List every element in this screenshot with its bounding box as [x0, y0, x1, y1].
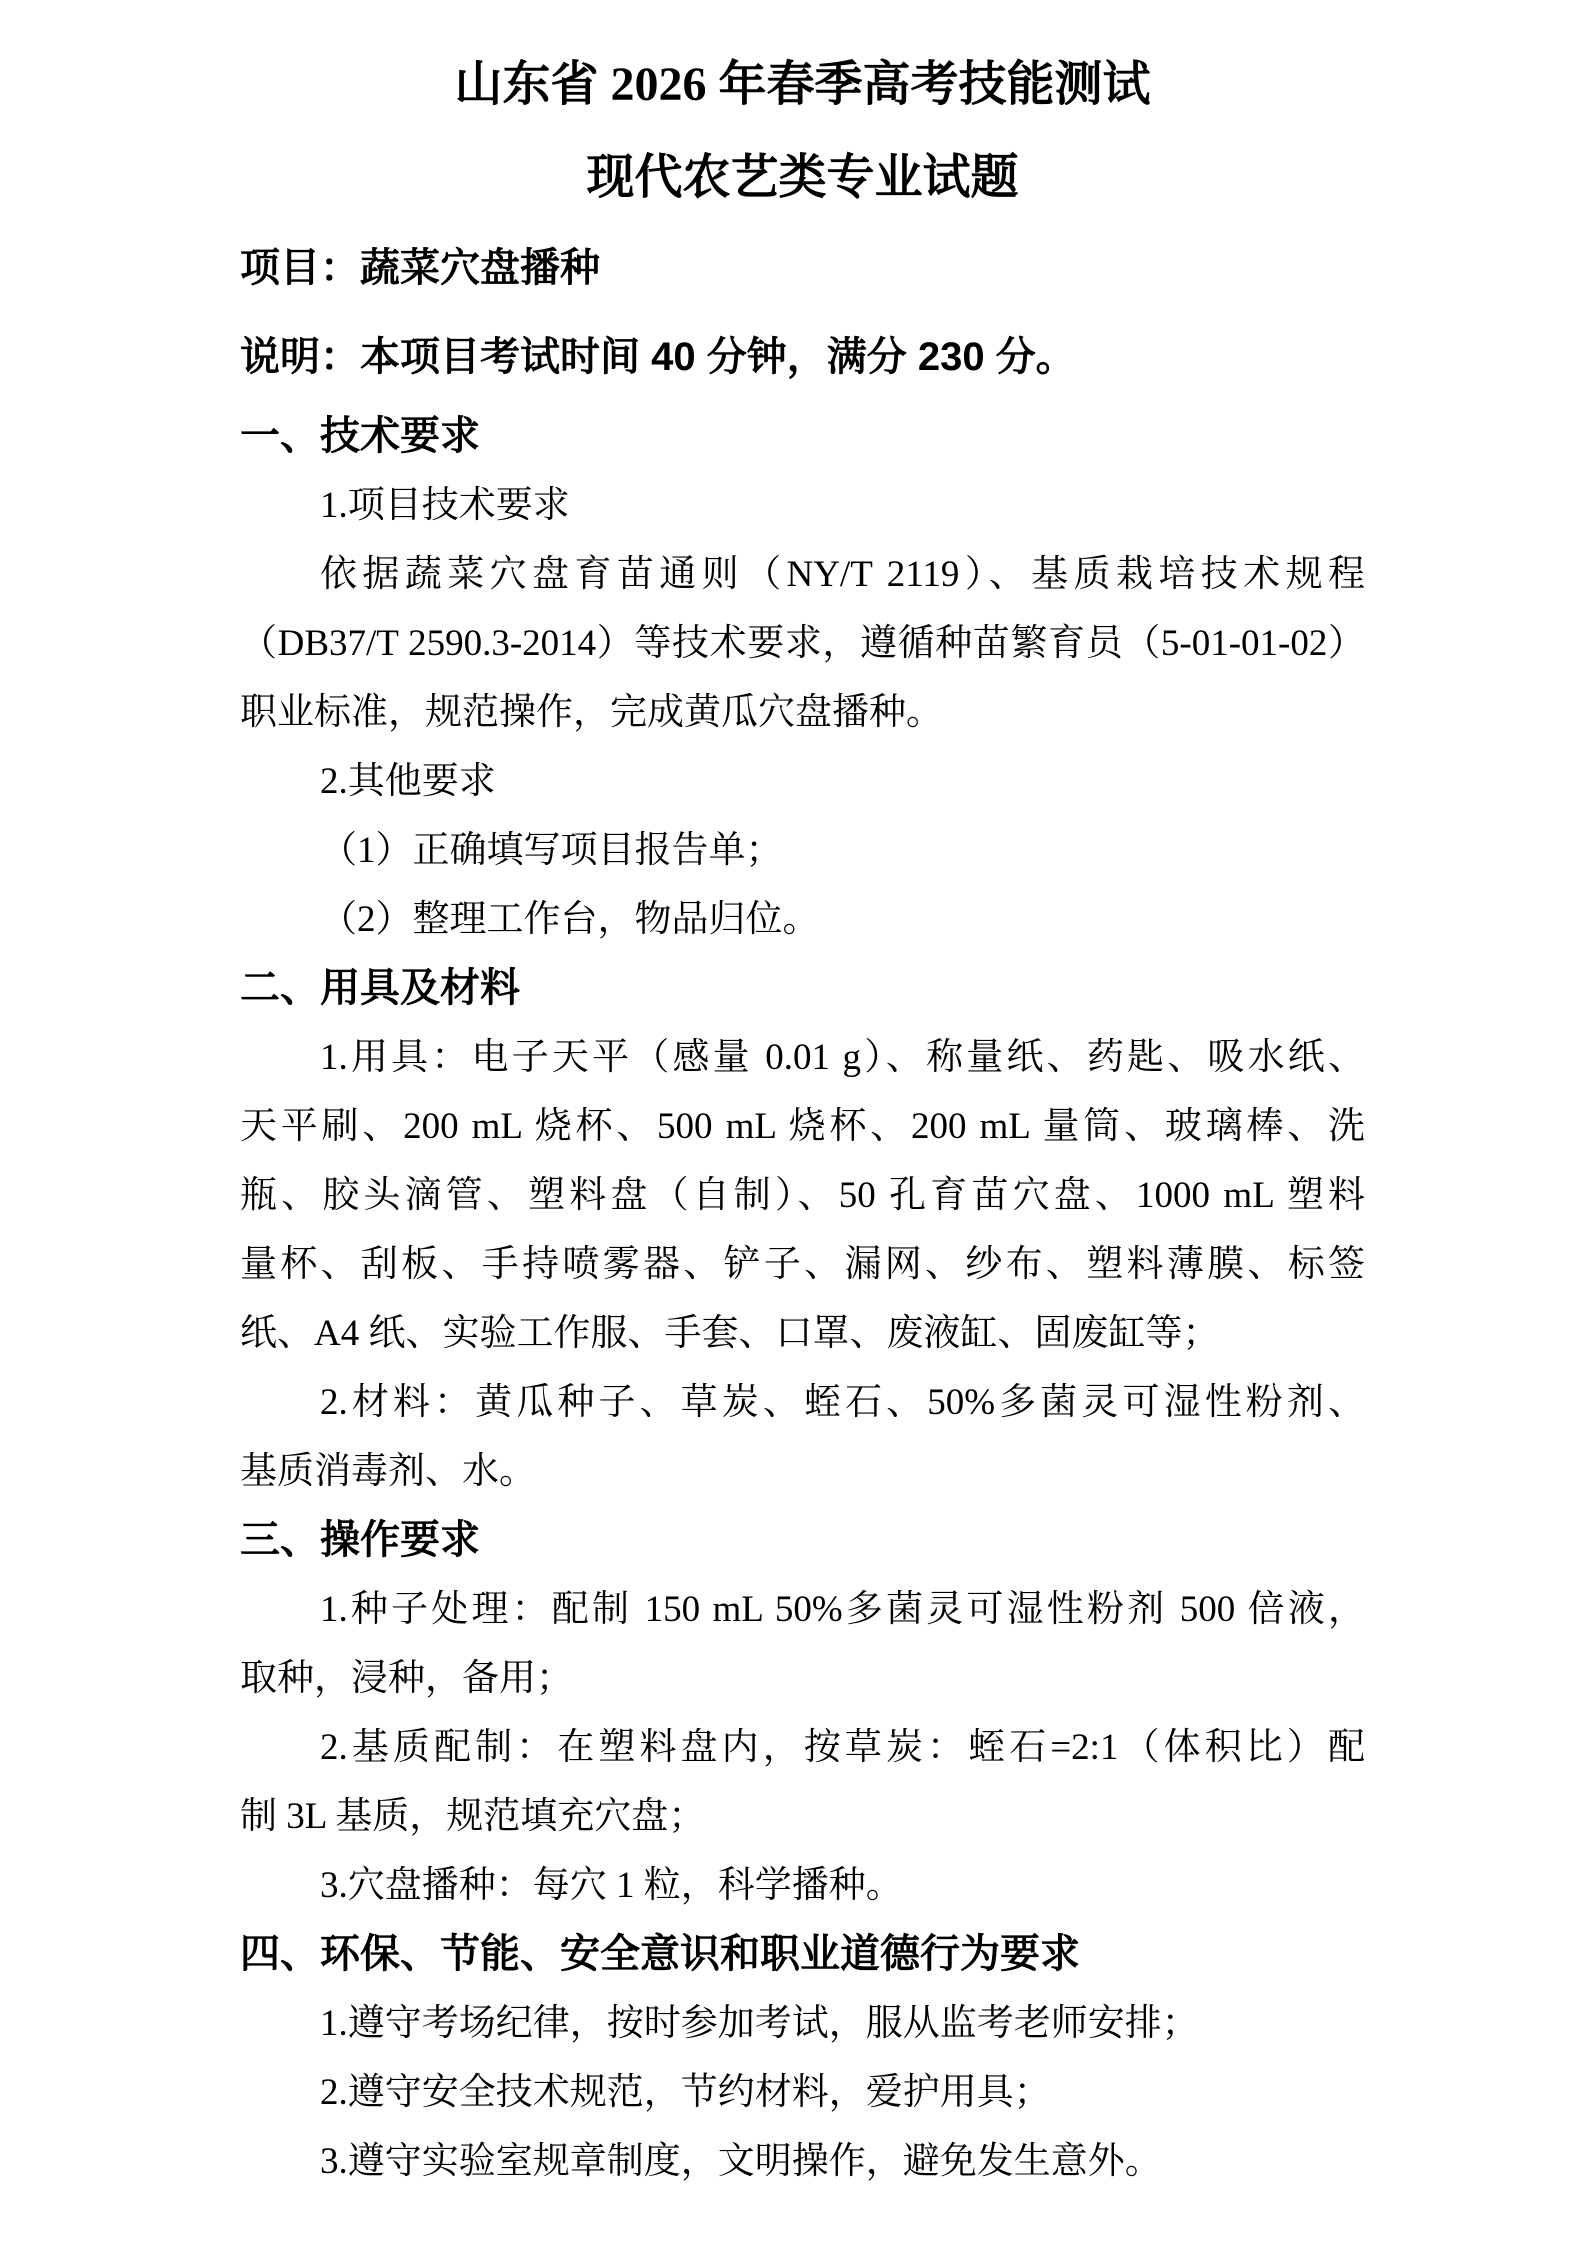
body-line: 3.遵守实验室规章制度，文明操作，避免发生意外。: [240, 2127, 1365, 2196]
body-line: 2.其他要求: [240, 747, 1365, 816]
body-line: 基质消毒剂、水。: [240, 1437, 1365, 1506]
body-line: 职业标准，规范操作，完成黄瓜穴盘播种。: [240, 678, 1365, 747]
body-line: （DB37/T 2590.3-2014）等技术要求，遵循种苗繁育员（5-01-0…: [240, 609, 1365, 678]
section-heading-line: 三、操作要求: [240, 1506, 1365, 1575]
section-heading-line: 四、环保、节能、安全意识和职业道德行为要求: [240, 1920, 1365, 1989]
body-line: 依据蔬菜穴盘育苗通则（NY/T 2119）、基质栽培技术规程: [240, 540, 1365, 609]
body-line: 3.穴盘播种：每穴 1 粒，科学播种。: [240, 1851, 1365, 1920]
body-line: 量杯、刮板、手持喷雾器、铲子、漏网、纱布、塑料薄膜、标签: [240, 1230, 1365, 1299]
field-label-line: 项目：蔬菜穴盘播种: [240, 224, 1365, 313]
body-line: 2.遵守安全技术规范，节约材料，爱护用具；: [240, 2058, 1365, 2127]
body-line: （1）正确填写项目报告单；: [240, 816, 1365, 885]
section-heading-line: 一、技术要求: [240, 402, 1365, 471]
body-line: 2.材料：黄瓜种子、草炭、蛭石、50%多菌灵可湿性粉剂、: [240, 1368, 1365, 1437]
title-line: 现代农艺类专业试题: [240, 131, 1365, 224]
body-line: 纸、A4 纸、实验工作服、手套、口罩、废液缸、固废缸等；: [240, 1299, 1365, 1368]
body-line: 制 3L 基质，规范填充穴盘；: [240, 1782, 1365, 1851]
body-line: 1.用具：电子天平（感量 0.01 g）、称量纸、药匙、吸水纸、: [240, 1023, 1365, 1092]
body-line: 1.遵守考场纪律，按时参加考试，服从监考老师安排；: [240, 1989, 1365, 2058]
body-line: 天平刷、200 mL 烧杯、500 mL 烧杯、200 mL 量筒、玻璃棒、洗: [240, 1092, 1365, 1161]
body-line: 瓶、胶头滴管、塑料盘（自制）、50 孔育苗穴盘、1000 mL 塑料: [240, 1161, 1365, 1230]
body-line: 取种，浸种，备用；: [240, 1644, 1365, 1713]
body-line: 1.项目技术要求: [240, 471, 1365, 540]
document-page: 山东省 2026 年春季高考技能测试现代农艺类专业试题项目：蔬菜穴盘播种说明：本…: [0, 0, 1587, 2245]
body-line: 2.基质配制：在塑料盘内，按草炭：蛭石=2:1（体积比）配: [240, 1713, 1365, 1782]
section-heading-line: 二、用具及材料: [240, 954, 1365, 1023]
field-label-line: 说明：本项目考试时间 40 分钟，满分 230 分。: [240, 313, 1365, 402]
title-line: 山东省 2026 年春季高考技能测试: [240, 38, 1365, 131]
body-line: （2）整理工作台，物品归位。: [240, 885, 1365, 954]
body-line: 1.种子处理：配制 150 mL 50%多菌灵可湿性粉剂 500 倍液，: [240, 1575, 1365, 1644]
